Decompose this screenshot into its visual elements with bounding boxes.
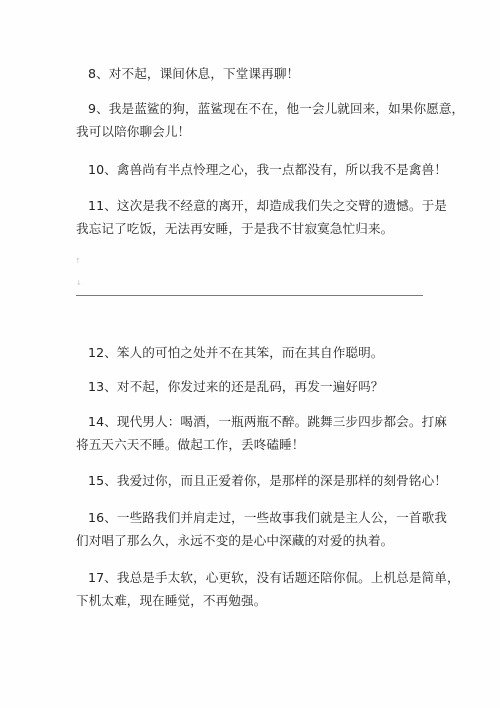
quote-line: 17、我总是手太软，心更软，没有话题还陪你侃。上机总是简单，	[76, 566, 426, 589]
quote-item-10: 10、禽兽尚有半点怜理之心，我一点都没有，所以我不是禽兽！	[76, 158, 426, 181]
quote-line: 12、笨人的可怕之处并不在其笨，而在其自作聪明。	[76, 341, 426, 364]
quote-line: 11、这次是我不经意的离开，却造成我们失之交臂的遗憾。于是	[76, 194, 426, 217]
quote-item-9: 9、我是蓝鲨的狗，蓝鲨现在不在，他一会儿就回来，如果你愿意， 我可以陪你聊会儿！	[76, 97, 426, 143]
quote-line: 9、我是蓝鲨的狗，蓝鲨现在不在，他一会儿就回来，如果你愿意，	[76, 97, 426, 120]
quote-line: 14、现代男人：喝酒，一瓶两瓶不醉。跳舞三步四步都会。打麻	[76, 410, 426, 433]
quote-item-16: 16、一些路我们并肩走过，一些故事我们就是主人公，一首歌我 们对唱了那么久，永远…	[76, 506, 426, 552]
quote-item-14: 14、现代男人：喝酒，一瓶两瓶不醉。跳舞三步四步都会。打麻 将五天六天不睡。做起…	[76, 410, 426, 456]
quote-line: 16、一些路我们并肩走过，一些故事我们就是主人公，一首歌我	[76, 506, 426, 529]
page-break-mark-bottom: ↓	[76, 279, 82, 287]
quote-line: 我可以陪你聊会儿！	[76, 120, 426, 143]
quote-line: 下机太难，现在睡觉，不再勉强。	[76, 589, 426, 612]
quote-line: 将五天六天不睡。做起工作，丢咚磕睡！	[76, 433, 426, 456]
quote-line: 13、对不起，你发过来的还是乱码，再发一遍好吗？	[76, 375, 426, 398]
quote-item-11: 11、这次是我不经意的离开，却造成我们失之交臂的遗憾。于是 我忘记了吃饭，无法再…	[76, 194, 426, 240]
quote-line: 10、禽兽尚有半点怜理之心，我一点都没有，所以我不是禽兽！	[76, 158, 426, 181]
document-page: 8、对不起，课间休息，下堂课再聊！ 9、我是蓝鲨的狗，蓝鲨现在不在，他一会儿就回…	[0, 0, 500, 708]
quote-line: 们对唱了那么久，永远不变的是心中深藏的对爱的执着。	[76, 529, 426, 552]
quote-line: 我忘记了吃饭，无法再安睡，于是我不甘寂寞急忙归来。	[76, 217, 426, 240]
quote-line: 15、我爱过你，而且正爱着你，是那样的深是那样的刻骨铭心！	[76, 469, 426, 492]
page-separator-line	[76, 295, 423, 296]
quote-item-17: 17、我总是手太软，心更软，没有话题还陪你侃。上机总是简单， 下机太难，现在睡觉…	[76, 566, 426, 612]
quote-item-12: 12、笨人的可怕之处并不在其笨，而在其自作聪明。	[76, 341, 426, 364]
quote-item-15: 15、我爱过你，而且正爱着你，是那样的深是那样的刻骨铭心！	[76, 469, 426, 492]
quote-line: 8、对不起，课间休息，下堂课再聊！	[76, 62, 426, 85]
quote-item-8: 8、对不起，课间休息，下堂课再聊！	[76, 62, 426, 85]
quote-item-13: 13、对不起，你发过来的还是乱码，再发一遍好吗？	[76, 375, 426, 398]
page-break-mark-top: ↑	[75, 257, 81, 265]
